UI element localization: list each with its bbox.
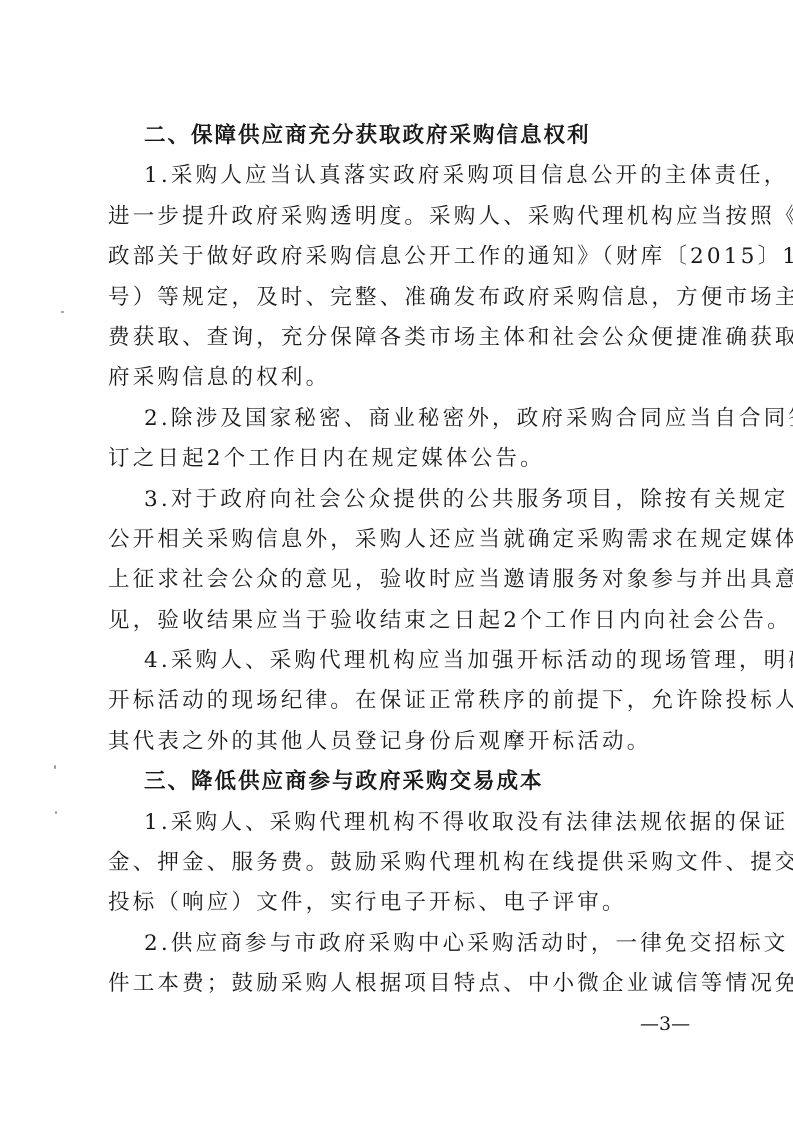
scan-speck: [61, 311, 64, 313]
paragraph-line: 开标活动的现场纪律。在保证正常秩序的前提下，允许除投标人及: [108, 681, 710, 721]
scan-speck: [54, 765, 56, 769]
paragraph-line: 金、押金、服务费。鼓励采购代理机构在线提供采购文件、提交: [108, 843, 710, 883]
document-page: 二、保障供应商充分获取政府采购信息权利 1.采购人应当认真落实政府采购项目信息公…: [108, 116, 710, 1005]
paragraph-line: 府采购信息的权利。: [108, 358, 710, 398]
paragraph-line: 订之日起2个工作日内在规定媒体公告。: [108, 439, 710, 479]
paragraph-line: 投标（响应）文件，实行电子开标、电子评审。: [108, 883, 710, 923]
paragraph-line: 4.采购人、采购代理机构应当加强开标活动的现场管理，明确: [108, 641, 710, 681]
paragraph-line: 1.采购人应当认真落实政府采购项目信息公开的主体责任，: [108, 156, 710, 196]
paragraph-line: 进一步提升政府采购透明度。采购人、采购代理机构应当按照《财: [108, 197, 710, 237]
paragraph-line: 费获取、查询，充分保障各类市场主体和社会公众便捷准确获取政: [108, 318, 710, 358]
paragraph-line: 件工本费；鼓励采购人根据项目特点、中小微企业诚信等情况免: [108, 964, 710, 1004]
section-heading-3: 三、降低供应商参与政府采购交易成本: [108, 762, 710, 802]
section-heading-2: 二、保障供应商充分获取政府采购信息权利: [108, 116, 710, 156]
paragraph-line: 其代表之外的其他人员登记身份后观摩开标活动。: [108, 722, 710, 762]
paragraph-line: 见，验收结果应当于验收结束之日起2个工作日内向社会公告。: [108, 601, 710, 641]
page-number: —3—: [640, 1013, 690, 1035]
paragraph-line: 政部关于做好政府采购信息公开工作的通知》（财库〔2015〕135: [108, 237, 710, 277]
paragraph-line: 号）等规定，及时、完整、准确发布政府采购信息，方便市场主体免: [108, 278, 710, 318]
paragraph-line: 上征求社会公众的意见，验收时应当邀请服务对象参与并出具意: [108, 560, 710, 600]
paragraph-line: 2.供应商参与市政府采购中心采购活动时，一律免交招标文: [108, 924, 710, 964]
paragraph-line: 1.采购人、采购代理机构不得收取没有法律法规依据的保证: [108, 803, 710, 843]
paragraph-line: 3.对于政府向社会公众提供的公共服务项目，除按有关规定: [108, 480, 710, 520]
scan-speck: [55, 811, 57, 814]
paragraph-line: 公开相关采购信息外，采购人还应当就确定采购需求在规定媒体: [108, 520, 710, 560]
paragraph-line: 2.除涉及国家秘密、商业秘密外，政府采购合同应当自合同签: [108, 399, 710, 439]
